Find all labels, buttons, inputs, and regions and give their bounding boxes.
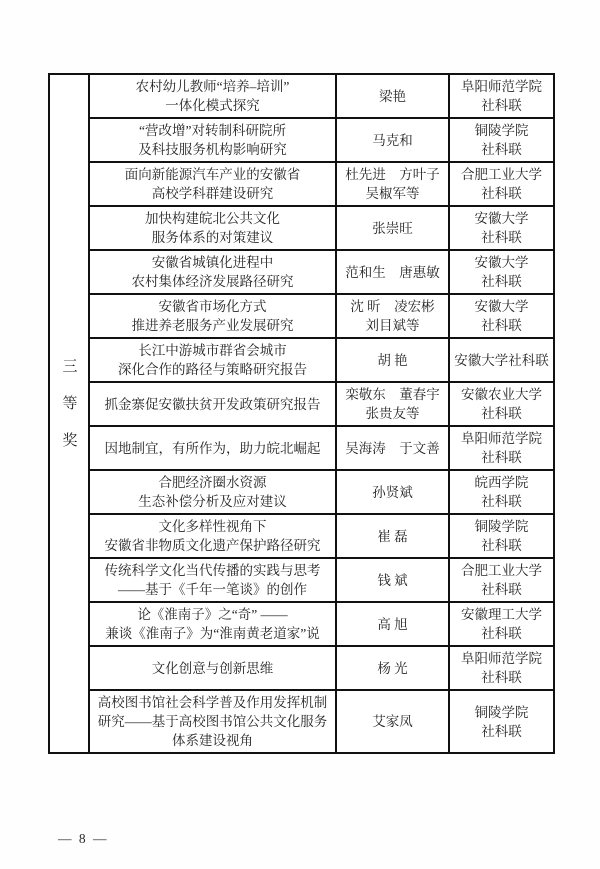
project-title-cell: 安徽省市场化方式 推进养老服务产业发展研究 bbox=[90, 295, 337, 337]
authors-cell: 胡 艳 bbox=[337, 339, 450, 381]
project-title-cell: 文化多样性视角下 安徽省非物质文化遗产保护路径研究 bbox=[90, 515, 337, 557]
project-title-cell: 面向新能源汽车产业的安徽省 高校学科群建设研究 bbox=[90, 163, 337, 205]
institution-cell: 合肥工业大学 社科联 bbox=[450, 559, 553, 601]
award-table: 三等奖 农村幼儿教师“培养–培训” 一体化模式探究 梁艳 阜阳师范学院 社科联 … bbox=[48, 73, 555, 754]
authors-cell: 吴海涛 于文善 bbox=[337, 427, 450, 469]
award-group-label: 三等奖 bbox=[59, 358, 80, 469]
table-row: 抓金寨促安徽扶贫开发政策研究报告 栾敬东 董春宇 张贵友等 安徽农业大学 社科联 bbox=[90, 383, 553, 427]
institution-cell: 铜陵学院 社科联 bbox=[450, 515, 553, 557]
project-title-cell: 传统科学文化当代传播的实践与思考 ——基于《千年一笔谈》的创作 bbox=[90, 559, 337, 601]
project-title-cell: 因地制宜，有所作为，助力皖北崛起 bbox=[90, 427, 337, 469]
table-row: 因地制宜，有所作为，助力皖北崛起 吴海涛 于文善 阜阳师范学院 社科联 bbox=[90, 427, 553, 471]
authors-cell: 杜先进 方叶子 吴椒军等 bbox=[337, 163, 450, 205]
institution-cell: 皖西学院 社科联 bbox=[450, 471, 553, 513]
table-row: 面向新能源汽车产业的安徽省 高校学科群建设研究 杜先进 方叶子 吴椒军等 合肥工… bbox=[90, 163, 553, 207]
institution-cell: 安徽大学社科联 bbox=[450, 339, 553, 381]
page-number: — 8 — bbox=[58, 831, 109, 847]
project-title-cell: 农村幼儿教师“培养–培训” 一体化模式探究 bbox=[90, 75, 337, 117]
project-title-cell: 长江中游城市群省会城市 深化合作的路径与策略研究报告 bbox=[90, 339, 337, 381]
table-row: 安徽省城镇化进程中 农村集体经济发展路径研究 范和生 唐惠敏 安徽大学 社科联 bbox=[90, 251, 553, 295]
authors-cell: 梁艳 bbox=[337, 75, 450, 117]
project-title-cell: 文化创意与创新思维 bbox=[90, 647, 337, 689]
authors-cell: 张崇旺 bbox=[337, 207, 450, 249]
institution-cell: 阜阳师范学院 社科联 bbox=[450, 647, 553, 689]
authors-cell: 沈 昕 凌宏彬 刘目斌等 bbox=[337, 295, 450, 337]
authors-cell: 杨 光 bbox=[337, 647, 450, 689]
table-row: 合肥经济圈水资源 生态补偿分析及应对建议 孙贤斌 皖西学院 社科联 bbox=[90, 471, 553, 515]
table-rows: 农村幼儿教师“培养–培训” 一体化模式探究 梁艳 阜阳师范学院 社科联 “营改增… bbox=[90, 75, 553, 752]
institution-cell: 安徽大学 社科联 bbox=[450, 251, 553, 293]
table-row: 加快构建皖北公共文化 服务体系的对策建议 张崇旺 安徽大学 社科联 bbox=[90, 207, 553, 251]
project-title-cell: 合肥经济圈水资源 生态补偿分析及应对建议 bbox=[90, 471, 337, 513]
project-title-cell: 高校图书馆社会科学普及作用发挥机制 研究——基于高校图书馆公共文化服务 体系建设… bbox=[90, 691, 337, 752]
table-row: 高校图书馆社会科学普及作用发挥机制 研究——基于高校图书馆公共文化服务 体系建设… bbox=[90, 691, 553, 752]
authors-cell: 孙贤斌 bbox=[337, 471, 450, 513]
institution-cell: 阜阳师范学院 社科联 bbox=[450, 75, 553, 117]
institution-cell: 铜陵学院 社科联 bbox=[450, 691, 553, 752]
project-title-cell: “营改增”对转制科研院所 及科技服务机构影响研究 bbox=[90, 119, 337, 161]
institution-cell: 合肥工业大学 社科联 bbox=[450, 163, 553, 205]
institution-cell: 安徽大学 社科联 bbox=[450, 295, 553, 337]
table-row: 安徽省市场化方式 推进养老服务产业发展研究 沈 昕 凌宏彬 刘目斌等 安徽大学 … bbox=[90, 295, 553, 339]
authors-cell: 马克和 bbox=[337, 119, 450, 161]
table-row: 文化多样性视角下 安徽省非物质文化遗产保护路径研究 崔 磊 铜陵学院 社科联 bbox=[90, 515, 553, 559]
table-row: 长江中游城市群省会城市 深化合作的路径与策略研究报告 胡 艳 安徽大学社科联 bbox=[90, 339, 553, 383]
project-title-cell: 论《淮南子》之“奇” —— 兼谈《淮南子》为“淮南黄老道家”说 bbox=[90, 603, 337, 645]
authors-cell: 范和生 唐惠敏 bbox=[337, 251, 450, 293]
authors-cell: 钱 斌 bbox=[337, 559, 450, 601]
project-title-cell: 安徽省城镇化进程中 农村集体经济发展路径研究 bbox=[90, 251, 337, 293]
project-title-cell: 抓金寨促安徽扶贫开发政策研究报告 bbox=[90, 383, 337, 425]
authors-cell: 高 旭 bbox=[337, 603, 450, 645]
table-row: 传统科学文化当代传播的实践与思考 ——基于《千年一笔谈》的创作 钱 斌 合肥工业… bbox=[90, 559, 553, 603]
award-group-cell: 三等奖 bbox=[50, 75, 90, 752]
table-row: “营改增”对转制科研院所 及科技服务机构影响研究 马克和 铜陵学院 社科联 bbox=[90, 119, 553, 163]
institution-cell: 铜陵学院 社科联 bbox=[450, 119, 553, 161]
authors-cell: 栾敬东 董春宇 张贵友等 bbox=[337, 383, 450, 425]
authors-cell: 崔 磊 bbox=[337, 515, 450, 557]
table-row: 农村幼儿教师“培养–培训” 一体化模式探究 梁艳 阜阳师范学院 社科联 bbox=[90, 75, 553, 119]
institution-cell: 安徽农业大学 社科联 bbox=[450, 383, 553, 425]
institution-cell: 安徽大学 社科联 bbox=[450, 207, 553, 249]
institution-cell: 安徽理工大学 社科联 bbox=[450, 603, 553, 645]
project-title-cell: 加快构建皖北公共文化 服务体系的对策建议 bbox=[90, 207, 337, 249]
document-page: 三等奖 农村幼儿教师“培养–培训” 一体化模式探究 梁艳 阜阳师范学院 社科联 … bbox=[0, 0, 600, 869]
authors-cell: 艾家凤 bbox=[337, 691, 450, 752]
table-row: 论《淮南子》之“奇” —— 兼谈《淮南子》为“淮南黄老道家”说 高 旭 安徽理工… bbox=[90, 603, 553, 647]
institution-cell: 阜阳师范学院 社科联 bbox=[450, 427, 553, 469]
table-row: 文化创意与创新思维 杨 光 阜阳师范学院 社科联 bbox=[90, 647, 553, 691]
